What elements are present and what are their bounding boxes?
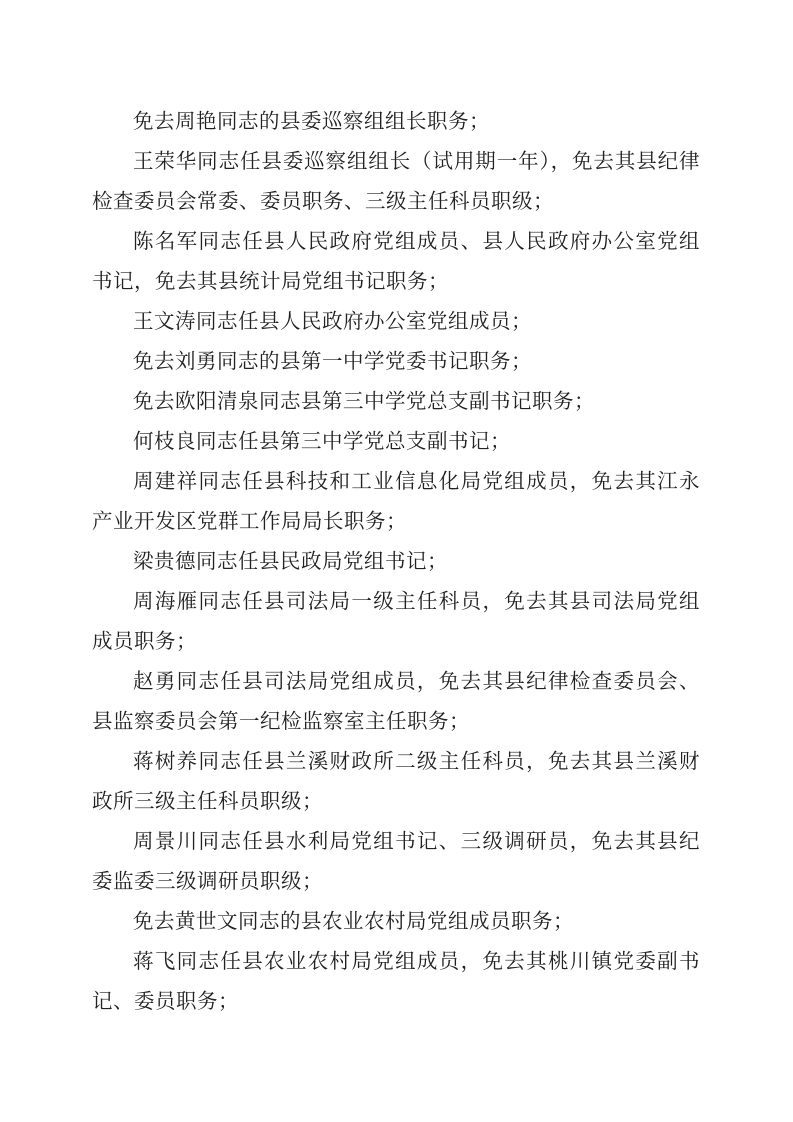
text-line: 周建祥同志任县科技和工业信息化局党组成员，免去其江永	[92, 462, 700, 502]
paragraph: 周建祥同志任县科技和工业信息化局党组成员，免去其江永产业开发区党群工作局局长职务…	[92, 462, 700, 542]
paragraph: 蒋树养同志任县兰溪财政所二级主任科员，免去其县兰溪财政所三级主任科员职级；	[92, 742, 700, 822]
text-line: 书记，免去其县统计局党组书记职务；	[92, 262, 700, 302]
text-line: 王文涛同志任县人民政府办公室党组成员；	[92, 302, 700, 342]
text-line: 记、委员职务；	[92, 982, 700, 1022]
paragraph: 免去黄世文同志的县农业农村局党组成员职务；	[92, 902, 700, 942]
paragraph: 周景川同志任县水利局党组书记、三级调研员，免去其县纪委监委三级调研员职级；	[92, 822, 700, 902]
text-line: 蒋飞同志任县农业农村局党组成员，免去其桃川镇党委副书	[92, 942, 700, 982]
text-line: 县监察委员会第一纪检监察室主任职务；	[92, 702, 700, 742]
text-line: 梁贵德同志任县民政局党组书记；	[92, 542, 700, 582]
text-line: 免去黄世文同志的县农业农村局党组成员职务；	[92, 902, 700, 942]
text-line: 王荣华同志任县委巡察组组长（试用期一年），免去其县纪律	[92, 142, 700, 182]
text-line: 周海雁同志任县司法局一级主任科员，免去其县司法局党组	[92, 582, 700, 622]
text-line: 陈名军同志任县人民政府党组成员、县人民政府办公室党组	[92, 222, 700, 262]
text-line: 周景川同志任县水利局党组书记、三级调研员，免去其县纪	[92, 822, 700, 862]
text-line: 免去周艳同志的县委巡察组组长职务；	[92, 102, 700, 142]
text-line: 赵勇同志任县司法局党组成员，免去其县纪律检查委员会、	[92, 662, 700, 702]
paragraph: 免去刘勇同志的县第一中学党委书记职务；	[92, 342, 700, 382]
text-line: 免去欧阳清泉同志县第三中学党总支副书记职务；	[92, 382, 700, 422]
text-line: 成员职务；	[92, 622, 700, 662]
paragraph: 周海雁同志任县司法局一级主任科员，免去其县司法局党组成员职务；	[92, 582, 700, 662]
paragraph: 免去欧阳清泉同志县第三中学党总支副书记职务；	[92, 382, 700, 422]
text-line: 委监委三级调研员职级；	[92, 862, 700, 902]
paragraph: 陈名军同志任县人民政府党组成员、县人民政府办公室党组书记，免去其县统计局党组书记…	[92, 222, 700, 302]
document-body: 免去周艳同志的县委巡察组组长职务；王荣华同志任县委巡察组组长（试用期一年），免去…	[92, 102, 700, 1022]
text-line: 蒋树养同志任县兰溪财政所二级主任科员，免去其县兰溪财	[92, 742, 700, 782]
document-page: 免去周艳同志的县委巡察组组长职务；王荣华同志任县委巡察组组长（试用期一年），免去…	[0, 0, 793, 1122]
text-line: 何枝良同志任县第三中学党总支副书记；	[92, 422, 700, 462]
paragraph: 蒋飞同志任县农业农村局党组成员，免去其桃川镇党委副书记、委员职务；	[92, 942, 700, 1022]
paragraph: 赵勇同志任县司法局党组成员，免去其县纪律检查委员会、县监察委员会第一纪检监察室主…	[92, 662, 700, 742]
paragraph: 免去周艳同志的县委巡察组组长职务；	[92, 102, 700, 142]
text-line: 免去刘勇同志的县第一中学党委书记职务；	[92, 342, 700, 382]
paragraph: 梁贵德同志任县民政局党组书记；	[92, 542, 700, 582]
text-line: 检查委员会常委、委员职务、三级主任科员职级；	[92, 182, 700, 222]
paragraph: 何枝良同志任县第三中学党总支副书记；	[92, 422, 700, 462]
text-line: 政所三级主任科员职级；	[92, 782, 700, 822]
text-line: 产业开发区党群工作局局长职务；	[92, 502, 700, 542]
paragraph: 王文涛同志任县人民政府办公室党组成员；	[92, 302, 700, 342]
paragraph: 王荣华同志任县委巡察组组长（试用期一年），免去其县纪律检查委员会常委、委员职务、…	[92, 142, 700, 222]
